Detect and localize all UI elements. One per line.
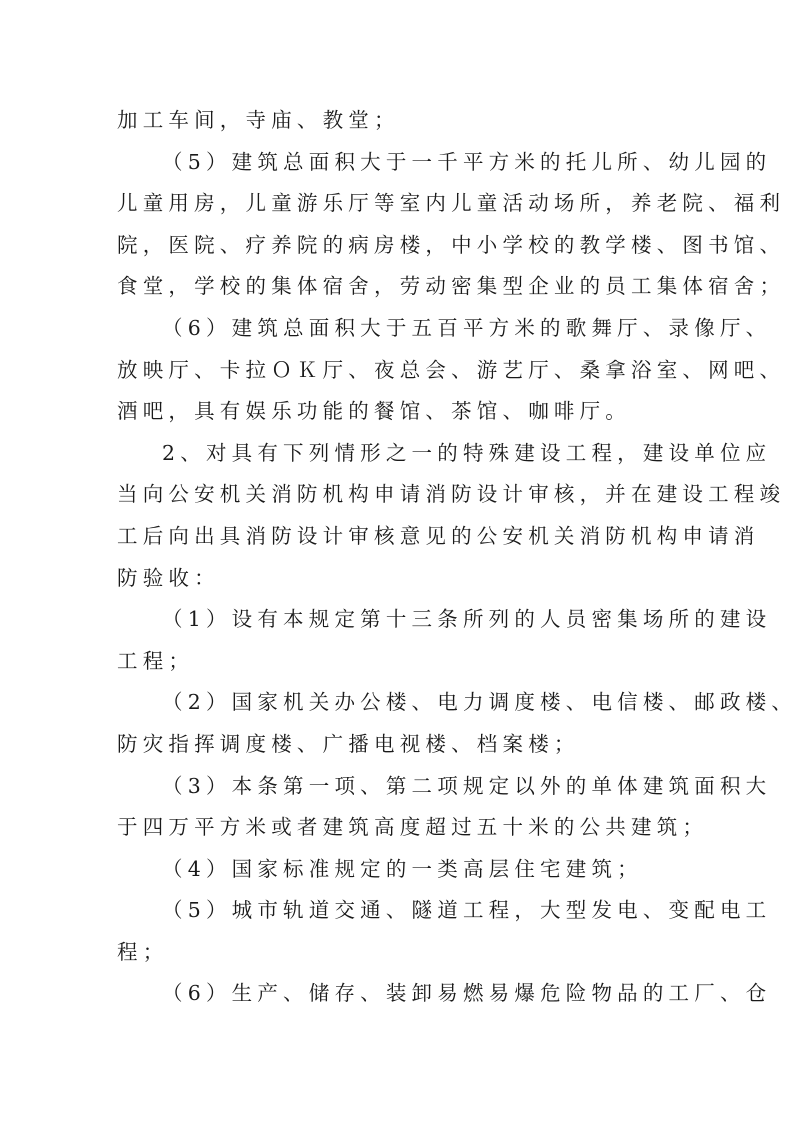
paragraph-line: 2、对具有下列情形之一的特殊建设工程，建设单位应 xyxy=(117,433,679,475)
paragraph-line: （6）生产、储存、装卸易燃易爆危险物品的工厂、仓 xyxy=(117,973,679,1015)
paragraph-line: （1）设有本规定第十三条所列的人员密集场所的建设 xyxy=(117,599,679,641)
paragraph-line: 儿童用房，儿童游乐厅等室内儿童活动场所，养老院、福利 xyxy=(117,183,679,225)
paragraph-line: 食堂，学校的集体宿舍，劳动密集型企业的员工集体宿舍； xyxy=(117,266,679,308)
paragraph-line: （6）建筑总面积大于五百平方米的歌舞厅、录像厅、 xyxy=(117,308,679,350)
paragraph-line: 防灾指挥调度楼、广播电视楼、档案楼； xyxy=(117,724,679,766)
paragraph-line: 放映厅、卡拉ＯＫ厅、夜总会、游艺厅、桑拿浴室、网吧、 xyxy=(117,350,679,392)
paragraph-line: 酒吧，具有娱乐功能的餐馆、茶馆、咖啡厅。 xyxy=(117,391,679,433)
paragraph-line: （5）城市轨道交通、隧道工程，大型发电、变配电工 xyxy=(117,890,679,932)
paragraph-line: 工程； xyxy=(117,641,679,683)
paragraph-line: 防验收： xyxy=(117,558,679,600)
paragraph-line: （2）国家机关办公楼、电力调度楼、电信楼、邮政楼、 xyxy=(117,682,679,724)
paragraph-line: 于四万平方米或者建筑高度超过五十米的公共建筑； xyxy=(117,807,679,849)
paragraph-line: 程； xyxy=(117,932,679,974)
paragraph-line: 工后向出具消防设计审核意见的公安机关消防机构申请消 xyxy=(117,516,679,558)
paragraph-line: （4）国家标准规定的一类高层住宅建筑； xyxy=(117,849,679,891)
paragraph-line: 当向公安机关消防机构申请消防设计审核，并在建设工程竣 xyxy=(117,474,679,516)
paragraph-line: （5）建筑总面积大于一千平方米的托儿所、幼儿园的 xyxy=(117,142,679,184)
paragraph-line: （3）本条第一项、第二项规定以外的单体建筑面积大 xyxy=(117,766,679,808)
document-page: 加工车间，寺庙、教堂； （5）建筑总面积大于一千平方米的托儿所、幼儿园的 儿童用… xyxy=(117,100,679,1015)
paragraph-line: 院，医院、疗养院的病房楼，中小学校的教学楼、图书馆、 xyxy=(117,225,679,267)
paragraph-line: 加工车间，寺庙、教堂； xyxy=(117,100,679,142)
